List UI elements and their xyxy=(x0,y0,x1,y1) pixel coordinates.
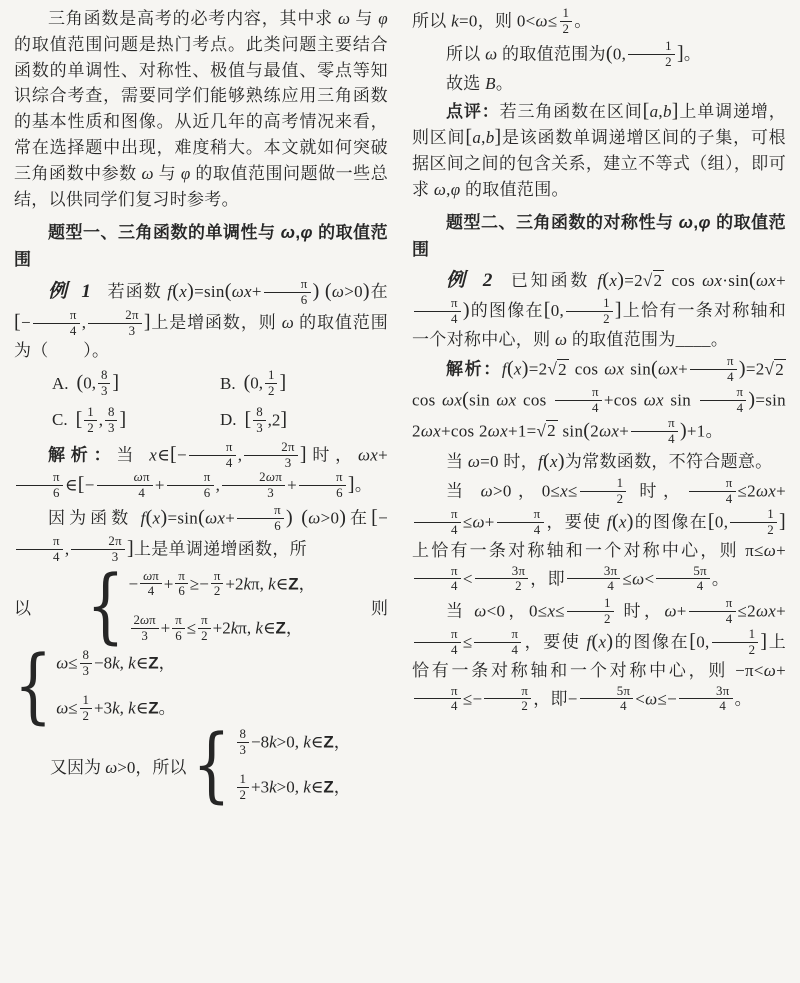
inequality-system-1: 以{−ωπ4+π6≥−π2+2kπ, k∈Z，2ωπ3+π6≤π2+2kπ, k… xyxy=(14,569,388,644)
system-line: 83−8k>0, k∈Z， xyxy=(235,727,351,758)
example1-monotonic-setup: 因为函数 f(x)=sin(ωx+π6) (ω>0)在[−π4,2π3]上是单调… xyxy=(14,503,388,564)
fraction: π4 xyxy=(189,440,236,471)
fraction: π6 xyxy=(16,470,63,501)
fraction: π2 xyxy=(484,684,531,715)
topic1-heading: 题型一、三角函数的单调性与 ω,φ 的取值范围 xyxy=(14,219,388,273)
fraction: ωπ4 xyxy=(140,569,162,600)
radical: √2 xyxy=(765,359,786,379)
fraction: π6 xyxy=(175,569,188,600)
omega-negative-case: 当 ω<0，0≤x≤12 时，ω+π4≤2ωx+π4≤π4，要使 f(x)的图像… xyxy=(412,596,786,714)
fraction: π6 xyxy=(299,470,346,501)
fraction: 83 xyxy=(237,727,249,758)
fraction: π4 xyxy=(414,507,461,538)
left-brace: { xyxy=(192,729,230,802)
answer-choice: 故选 B。 xyxy=(412,71,786,97)
left-column: 三角函数是高考的必考内容，其中求 ω 与 φ 的取值范围问题是热门考点。此类问题… xyxy=(14,6,388,979)
option-letter: B. xyxy=(220,374,236,393)
fraction: 12 xyxy=(84,405,96,436)
intro-paragraph: 三角函数是高考的必考内容，其中求 ω 与 φ 的取值范围问题是热门考点。此类问题… xyxy=(14,6,388,213)
fraction: 12 xyxy=(580,476,627,507)
option-A: A.(0,83] xyxy=(52,368,220,399)
fraction: π2 xyxy=(198,613,211,644)
fraction: 12 xyxy=(80,693,92,724)
fraction: 3π4 xyxy=(567,564,621,595)
cases-post-text: 则 xyxy=(371,594,388,619)
fraction: 12 xyxy=(567,596,614,627)
option-C: C.[12,83] xyxy=(52,405,220,436)
fraction: 83 xyxy=(105,405,117,436)
fraction: π4 xyxy=(689,596,736,627)
fraction: π4 xyxy=(414,564,461,595)
cases-pre-text: 以 xyxy=(14,594,31,619)
fraction: 12 xyxy=(628,39,675,70)
brace-system: {−ωπ4+π6≥−π2+2kπ, k∈Z，2ωπ3+π6≤π2+2kπ, k∈… xyxy=(86,569,315,644)
example1-options: A.(0,83]B.(0,12]C.[12,83]D.[83,2] xyxy=(14,368,388,435)
fraction: π4 xyxy=(414,627,461,658)
left-brace: { xyxy=(14,649,52,722)
fraction: 12 xyxy=(712,627,759,658)
fraction: π6 xyxy=(237,503,284,534)
fraction: 12 xyxy=(265,368,277,399)
omega-positive-system: 又因为 ω>0，所以{83−8k>0, k∈Z，12+3k>0, k∈Z， xyxy=(14,727,388,802)
fraction: π2 xyxy=(211,569,224,600)
example1-analysis: 解析：当 x∈[−π4,2π3]时，ωx+π6∈[−ωπ4+π6,2ωπ3+π6… xyxy=(14,440,388,501)
system-line: 2ωπ3+π6≤π2+2kπ, k∈Z， xyxy=(129,613,316,644)
cases-pre-text: 又因为 ω>0，所以 xyxy=(50,753,186,778)
fraction: 2ωπ3 xyxy=(222,470,285,501)
fraction: 83 xyxy=(253,405,265,436)
comment-paragraph: 点评：若三角函数在区间[a,b]上单调递增，则区间[a,b]是该函数单调递增区间… xyxy=(412,99,786,202)
topic2-heading: 题型二、三角函数的对称性与 ω,φ 的取值范围 xyxy=(412,209,786,263)
right-column: 所以 k=0，则 0<ω≤12。所以 ω 的取值范围为(0,12]。故选 B。点… xyxy=(412,6,786,979)
fraction: 12 xyxy=(730,507,777,538)
option-B: B.(0,12] xyxy=(220,368,388,399)
article-page: 三角函数是高考的必考内容，其中求 ω 与 φ 的取值范围问题是热门考点。此类问题… xyxy=(0,0,800,983)
example1-problem: 例 1若函数 f(x)=sin(ωx+π6) (ω>0)在[−π4,2π3]上是… xyxy=(14,277,388,364)
left-brace: { xyxy=(86,570,124,643)
option-letter: C. xyxy=(52,410,68,429)
radical: √2 xyxy=(537,420,558,440)
fraction: π6 xyxy=(264,277,311,308)
option-D: D.[83,2] xyxy=(220,405,388,436)
example2-problem: 例 2已知函数 f(x)=2√2 cos ωx·sin(ωx+π4)的图像在[0… xyxy=(412,267,786,352)
example-label: 例 1 xyxy=(48,281,95,302)
fraction: π6 xyxy=(172,613,185,644)
fraction: π4 xyxy=(631,416,678,447)
radical: √2 xyxy=(643,270,664,290)
fraction: π4 xyxy=(497,507,544,538)
fraction: 12 xyxy=(560,6,573,37)
omega-positive-case: 当 ω>0，0≤x≤12 时，π4≤2ωx+π4≤ω+π4，要使 f(x)的图像… xyxy=(412,476,786,594)
fraction: 3π2 xyxy=(475,564,529,595)
fraction: 2π3 xyxy=(244,440,298,471)
fraction: π4 xyxy=(690,354,737,385)
system-line: −ωπ4+π6≥−π2+2kπ, k∈Z， xyxy=(129,569,316,600)
example2-analysis: 解析：f(x)=2√2 cos ωx sin(ωx+π4)=2√2 cos ωx… xyxy=(412,354,786,446)
fraction: 2π3 xyxy=(88,308,142,339)
omega-zero-case: 当 ω=0 时，f(x)为常数函数，不符合题意。 xyxy=(412,449,786,475)
fraction: 83 xyxy=(98,368,110,399)
brace-system: {83−8k>0, k∈Z，12+3k>0, k∈Z， xyxy=(192,727,350,802)
fraction: π4 xyxy=(414,296,461,327)
example-label: 例 2 xyxy=(446,270,496,291)
fraction: π4 xyxy=(33,308,80,339)
fraction: π4 xyxy=(700,385,747,416)
fraction: π6 xyxy=(167,470,214,501)
option-letter: D. xyxy=(220,410,237,429)
fraction: 2ωπ3 xyxy=(131,613,159,644)
fraction: 5π4 xyxy=(580,684,634,715)
system-line: 12+3k>0, k∈Z， xyxy=(235,772,351,803)
fraction: π4 xyxy=(689,476,736,507)
fraction: 12 xyxy=(566,296,613,327)
option-letter: A. xyxy=(52,374,69,393)
omega-bounds-system: {ω≤83−8k, k∈Z，ω≤12+3k, k∈Z。 xyxy=(14,648,388,723)
fraction: π4 xyxy=(474,627,521,658)
omega-range-conclusion: 所以 ω 的取值范围为(0,12]。 xyxy=(412,39,786,70)
fraction: 12 xyxy=(237,772,249,803)
brace-system: {ω≤83−8k, k∈Z，ω≤12+3k, k∈Z。 xyxy=(14,648,176,723)
fraction: π4 xyxy=(414,684,461,715)
fraction: 3π4 xyxy=(679,684,733,715)
fraction: ωπ4 xyxy=(97,470,153,501)
radical: √2 xyxy=(547,359,568,379)
k-conclusion: 所以 k=0，则 0<ω≤12。 xyxy=(412,6,786,37)
fraction: π4 xyxy=(555,385,602,416)
system-line: ω≤12+3k, k∈Z。 xyxy=(56,693,175,724)
fraction: π4 xyxy=(16,534,63,565)
fraction: 5π4 xyxy=(656,564,710,595)
